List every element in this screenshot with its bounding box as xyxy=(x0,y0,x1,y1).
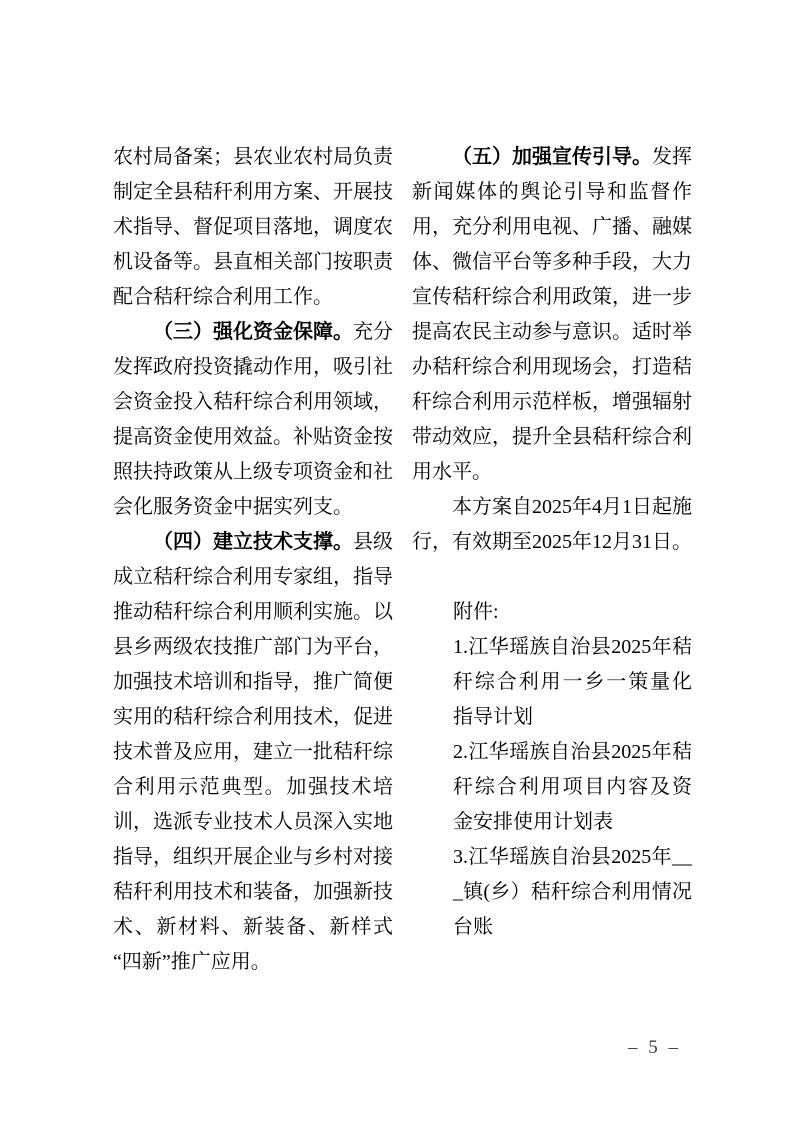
left-column: 农村局备案；县农业农村局负责制定全县秸秆利用方案、开展技术指导、督促项目落地，调… xyxy=(113,140,393,980)
paragraph-continuation: 农村局备案；县农业农村局负责制定全县秸秆利用方案、开展技术指导、督促项目落地，调… xyxy=(113,140,393,315)
section-3-paragraph: （三）强化资金保障。充分发挥政府投资撬动作用，吸引社会资金投入秸秆综合利用领域，… xyxy=(113,315,393,525)
section-4-paragraph: （四）建立技术支撑。县级成立秸秆综合利用专家组，指导推动秸秆综合利用顺利实施。以… xyxy=(113,525,393,980)
document-body: 农村局备案；县农业农村局负责制定全县秸秆利用方案、开展技术指导、督促项目落地，调… xyxy=(113,140,692,980)
document-page: 农村局备案；县农业农村局负责制定全县秸秆利用方案、开展技术指导、督促项目落地，调… xyxy=(0,0,793,1122)
section-4-heading: （四）建立技术支撑。 xyxy=(153,531,353,553)
closing-paragraph: 本方案自2025年4月1日起施行，有效期至2025年12月31日。 xyxy=(412,490,692,560)
section-5-heading: （五）加强宣传引导。 xyxy=(452,146,652,168)
attachment-item-1: 1.江华瑶族自治县2025年秸秆综合利用一乡一策量化指导计划 xyxy=(453,630,692,735)
attachment-item-2: 2.江华瑶族自治县2025年秸秆综合利用项目内容及资金安排使用计划表 xyxy=(453,735,692,840)
attachments-block: 附件: 1.江华瑶族自治县2025年秸秆综合利用一乡一策量化指导计划 2.江华瑶… xyxy=(453,595,692,945)
attachments-label: 附件: xyxy=(453,595,692,630)
section-4-body: 县级成立秸秆综合利用专家组，指导推动秸秆综合利用顺利实施。以县乡两级农技推广部门… xyxy=(113,531,393,973)
section-3-body: 充分发挥政府投资撬动作用，吸引社会资金投入秸秆综合利用领域，提高资金使用效益。补… xyxy=(113,321,393,518)
page-number: – 5 – xyxy=(628,1035,681,1061)
section-3-heading: （三）强化资金保障。 xyxy=(153,321,353,343)
attachment-item-3: 3.江华瑶族自治县2025年___镇(乡）秸秆综合利用情况台账 xyxy=(453,840,692,945)
section-5-paragraph: （五）加强宣传引导。发挥新闻媒体的舆论引导和监督作用，充分利用电视、广播、融媒体… xyxy=(412,140,692,490)
right-column: （五）加强宣传引导。发挥新闻媒体的舆论引导和监督作用，充分利用电视、广播、融媒体… xyxy=(412,140,692,945)
section-5-body: 发挥新闻媒体的舆论引导和监督作用，充分利用电视、广播、融媒体、微信平台等多种手段… xyxy=(412,146,692,483)
